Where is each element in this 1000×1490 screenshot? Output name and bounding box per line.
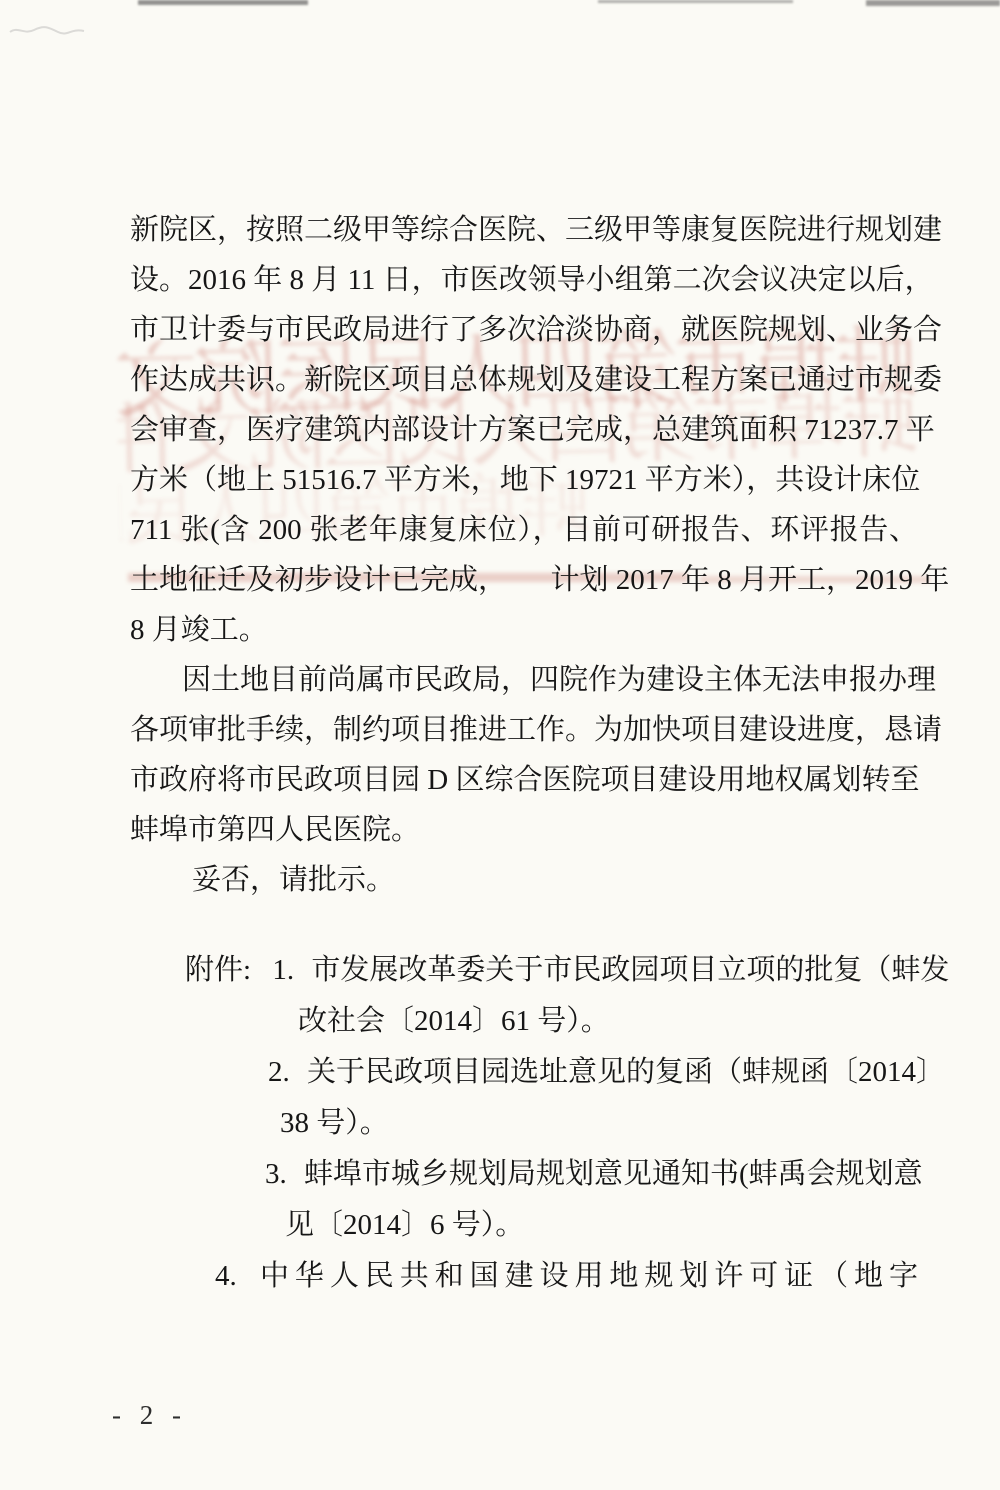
scan-smudge	[866, 0, 1000, 6]
page-number: - 2 -	[112, 1400, 187, 1431]
attachment-number: 3.	[265, 1158, 287, 1190]
attachment-number: 2.	[268, 1056, 290, 1088]
attachments-label: 附件:	[185, 954, 251, 986]
attachment-text: 中华人民共和国建设用地规划许可证（地字	[260, 1260, 918, 1292]
attachment-item: 3. 蚌埠市城乡规划局规划意见通知书(蚌禹会规划意	[130, 1149, 918, 1200]
attachment-text: 关于民政项目园选址意见的复函（蚌规函〔2014〕	[307, 1056, 945, 1088]
attachment-text: 市发展改革委关于市民政园项目立项的批复（蚌发	[311, 954, 949, 986]
document-page: 蚌埠市第四人民医院文件 蚌埠市第四人民医院文件 蚌埠市第四人民医院文件 新院区，…	[0, 0, 1000, 1490]
scan-smudge	[598, 0, 793, 3]
body-line: 妥否，请批示。	[130, 855, 918, 905]
attachment-number: 4.	[215, 1260, 237, 1292]
attachment-item: 4. 中华人民共和国建设用地规划许可证（地字	[130, 1251, 918, 1302]
body-line: 711 张(含 200 张老年康复床位），目前可研报告、环评报告、	[130, 505, 918, 555]
body-line: 方米（地上 51516.7 平方米，地下 19721 平方米），共设计床位	[130, 455, 918, 505]
attachment-continuation: 38 号）。	[130, 1098, 918, 1149]
attachment-number: 1.	[272, 954, 294, 986]
body-text: 新院区，按照二级甲等综合医院、三级甲等康复医院进行规划建 设。2016 年 8 …	[130, 205, 918, 905]
body-line: 土地征迁及初步设计已完成， 计划 2017 年 8 月开工，2019 年	[130, 555, 918, 605]
attachments-list: 附件: 1. 市发展改革委关于市民政园项目立项的批复（蚌发 改社会〔2014〕6…	[130, 945, 918, 1302]
pencil-mark	[8, 22, 88, 40]
body-line: 市政府将市民政项目园 D 区综合医院项目建设用地权属划转至	[130, 755, 918, 805]
attachment-continuation: 改社会〔2014〕61 号）。	[130, 996, 918, 1047]
body-line: 作达成共识。新院区项目总体规划及建设工程方案已通过市规委	[130, 355, 918, 405]
attachment-item: 附件: 1. 市发展改革委关于市民政园项目立项的批复（蚌发	[130, 945, 918, 996]
body-line: 蚌埠市第四人民医院。	[130, 805, 918, 855]
body-line: 市卫计委与市民政局进行了多次洽淡协商，就医院规划、业务合	[130, 305, 918, 355]
scan-smudge	[138, 0, 308, 5]
body-line: 因土地目前尚属市民政局，四院作为建设主体无法申报办理	[130, 655, 918, 705]
body-line: 新院区，按照二级甲等综合医院、三级甲等康复医院进行规划建	[130, 205, 918, 255]
attachment-text: 蚌埠市城乡规划局规划意见通知书(蚌禹会规划意	[304, 1158, 923, 1190]
body-line: 会审查，医疗建筑内部设计方案已完成，总建筑面积 71237.7 平	[130, 405, 918, 455]
body-line: 8 月竣工。	[130, 605, 918, 655]
body-line: 设。2016 年 8 月 11 日，市医改领导小组第二次会议决定以后，	[130, 255, 918, 305]
attachment-item: 2. 关于民政项目园选址意见的复函（蚌规函〔2014〕	[130, 1047, 918, 1098]
body-line: 各项审批手续，制约项目推进工作。为加快项目建设进度，恳请	[130, 705, 918, 755]
attachment-continuation: 见〔2014〕6 号）。	[130, 1200, 918, 1251]
